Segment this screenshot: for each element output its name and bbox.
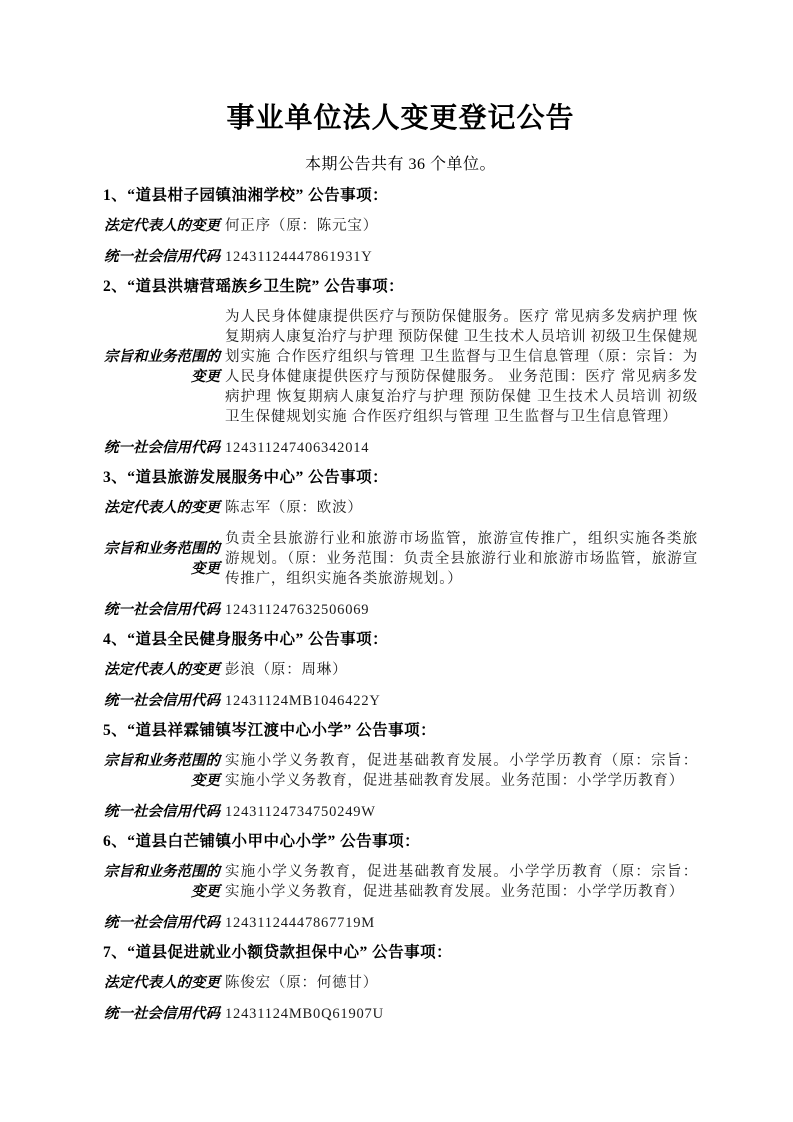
field-value: 何正序（原：陈元宝） — [225, 216, 698, 236]
field-value: 彭浪（原：周琳） — [225, 660, 698, 680]
field-label: 法定代表人的变更 — [103, 973, 220, 993]
field-label: 统一社会信用代码 — [103, 600, 220, 620]
field-row: 统一社会信用代码124311247406342014 — [103, 438, 698, 458]
announcement-item: 1、“道县柑子园镇油湘学校” 公告事项：法定代表人的变更何正序（原：陈元宝）统一… — [103, 187, 698, 267]
announcement-item: 2、“道县洪塘营瑶族乡卫生院” 公告事项：宗旨和业务范围的变更为人民身体健康提供… — [103, 278, 698, 458]
field-value: 陈俊宏（原：何德甘） — [225, 973, 698, 993]
document-page: 事业单位法人变更登记公告 本期公告共有 36 个单位。 1、“道县柑子园镇油湘学… — [0, 0, 793, 1122]
field-label: 宗旨和业务范围的变更 — [103, 347, 220, 387]
field-value: 12431124447867719M — [225, 913, 698, 933]
field-row: 宗旨和业务范围的变更为人民身体健康提供医疗与预防保健服务。医疗 常见病多发病护理… — [103, 307, 698, 427]
announcement-list: 1、“道县柑子园镇油湘学校” 公告事项：法定代表人的变更何正序（原：陈元宝）统一… — [103, 187, 698, 1024]
field-label: 法定代表人的变更 — [103, 216, 220, 236]
announcement-item: 4、“道县全民健身服务中心” 公告事项：法定代表人的变更彭浪（原：周琳）统一社会… — [103, 631, 698, 711]
field-row: 统一社会信用代码12431124MB0Q61907U — [103, 1004, 698, 1024]
field-label: 统一社会信用代码 — [103, 913, 220, 933]
field-row: 统一社会信用代码124311247632506069 — [103, 600, 698, 620]
field-label: 宗旨和业务范围的变更 — [103, 751, 220, 791]
field-row: 法定代表人的变更陈俊宏（原：何德甘） — [103, 973, 698, 993]
announcement-item: 5、“道县祥霖铺镇岑江渡中心小学” 公告事项：宗旨和业务范围的变更实施小学义务教… — [103, 722, 698, 822]
item-heading: 3、“道县旅游发展服务中心” 公告事项： — [103, 469, 698, 487]
field-label: 统一社会信用代码 — [103, 1004, 220, 1024]
announcement-item: 6、“道县白芒铺镇小甲中心小学” 公告事项：宗旨和业务范围的变更实施小学义务教育… — [103, 833, 698, 933]
field-value: 为人民身体健康提供医疗与预防保健服务。医疗 常见病多发病护理 恢复期病人康复治疗… — [225, 307, 698, 427]
field-label: 统一社会信用代码 — [103, 802, 220, 822]
field-row: 法定代表人的变更何正序（原：陈元宝） — [103, 216, 698, 236]
field-value: 12431124MB1046422Y — [225, 691, 698, 711]
field-row: 宗旨和业务范围的变更实施小学义务教育，促进基础教育发展。小学学历教育（原：宗旨：… — [103, 751, 698, 791]
field-row: 统一社会信用代码12431124734750249W — [103, 802, 698, 822]
announcement-item: 7、“道县促进就业小额贷款担保中心” 公告事项：法定代表人的变更陈俊宏（原：何德… — [103, 944, 698, 1024]
field-label: 宗旨和业务范围的变更 — [103, 539, 220, 579]
field-label: 法定代表人的变更 — [103, 660, 220, 680]
field-row: 法定代表人的变更陈志军（原：欧波） — [103, 498, 698, 518]
page-title: 事业单位法人变更登记公告 — [103, 100, 698, 136]
field-row: 宗旨和业务范围的变更实施小学义务教育，促进基础教育发展。小学学历教育（原：宗旨：… — [103, 862, 698, 902]
item-heading: 2、“道县洪塘营瑶族乡卫生院” 公告事项： — [103, 278, 698, 296]
field-value: 124311247406342014 — [225, 438, 698, 458]
field-label: 宗旨和业务范围的变更 — [103, 862, 220, 902]
field-label: 统一社会信用代码 — [103, 691, 220, 711]
announcement-item: 3、“道县旅游发展服务中心” 公告事项：法定代表人的变更陈志军（原：欧波）宗旨和… — [103, 469, 698, 620]
unit-count-note: 本期公告共有 36 个单位。 — [103, 155, 698, 174]
field-value: 实施小学义务教育，促进基础教育发展。小学学历教育（原：宗旨：实施小学义务教育，促… — [225, 751, 698, 791]
field-value: 12431124734750249W — [225, 802, 698, 822]
field-row: 统一社会信用代码12431124447861931Y — [103, 247, 698, 267]
field-row: 统一社会信用代码12431124447867719M — [103, 913, 698, 933]
field-label: 统一社会信用代码 — [103, 247, 220, 267]
field-label: 统一社会信用代码 — [103, 438, 220, 458]
item-heading: 5、“道县祥霖铺镇岑江渡中心小学” 公告事项： — [103, 722, 698, 740]
field-value: 实施小学义务教育，促进基础教育发展。小学学历教育（原：宗旨：实施小学义务教育，促… — [225, 862, 698, 902]
field-row: 法定代表人的变更彭浪（原：周琳） — [103, 660, 698, 680]
field-value: 12431124447861931Y — [225, 247, 698, 267]
item-heading: 4、“道县全民健身服务中心” 公告事项： — [103, 631, 698, 649]
field-row: 宗旨和业务范围的变更负责全县旅游行业和旅游市场监管，旅游宣传推广，组织实施各类旅… — [103, 529, 698, 589]
field-label: 法定代表人的变更 — [103, 498, 220, 518]
field-row: 统一社会信用代码12431124MB1046422Y — [103, 691, 698, 711]
item-heading: 6、“道县白芒铺镇小甲中心小学” 公告事项： — [103, 833, 698, 851]
field-value: 124311247632506069 — [225, 600, 698, 620]
field-value: 陈志军（原：欧波） — [225, 498, 698, 518]
field-value: 12431124MB0Q61907U — [225, 1004, 698, 1024]
item-heading: 7、“道县促进就业小额贷款担保中心” 公告事项： — [103, 944, 698, 962]
field-value: 负责全县旅游行业和旅游市场监管，旅游宣传推广，组织实施各类旅游规划。（原：业务范… — [225, 529, 698, 589]
item-heading: 1、“道县柑子园镇油湘学校” 公告事项： — [103, 187, 698, 205]
